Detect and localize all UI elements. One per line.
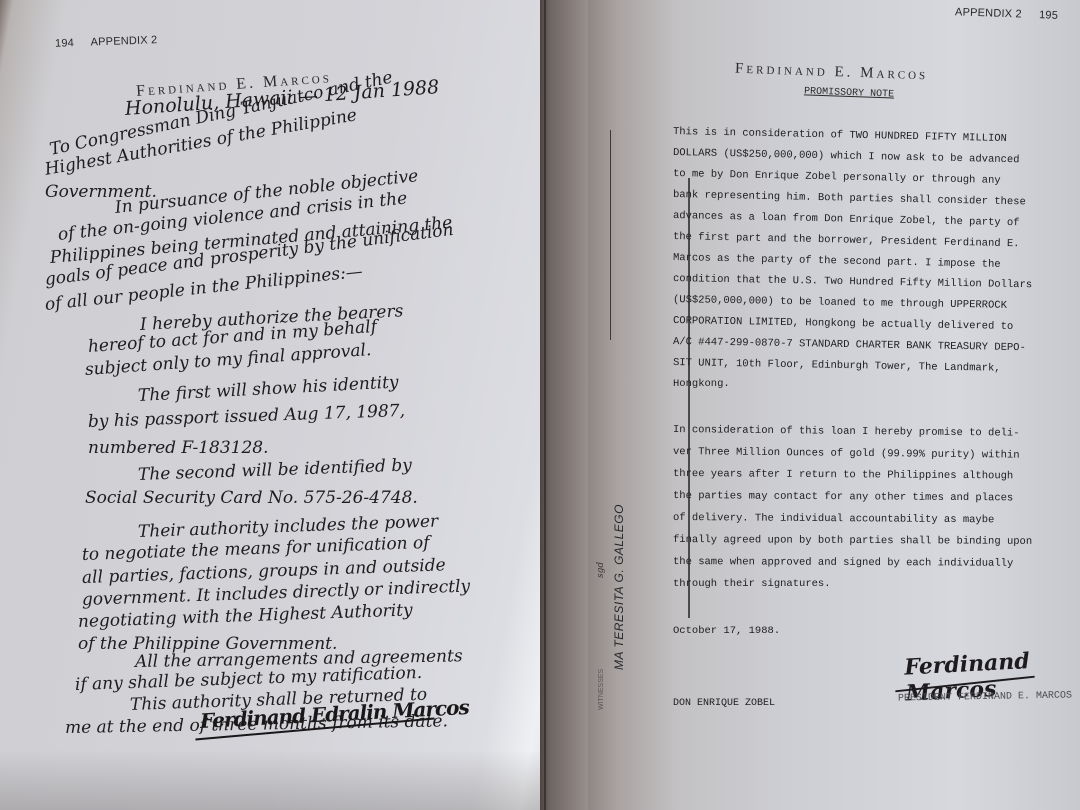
typed-line: the parties may contact for any other ti… — [673, 490, 1013, 504]
witness-name: MA TERESITA G. GALLEGO — [612, 504, 626, 670]
typed-line: finally agreed upon by both parties shal… — [673, 534, 1032, 548]
typed-line: of delivery. The individual accountabili… — [673, 512, 994, 526]
left-page-number: 194 — [55, 37, 74, 50]
letter-line: numbered F-183128. — [88, 438, 269, 458]
gutter-crease — [544, 0, 546, 810]
right-page-number: 195 — [1039, 9, 1058, 22]
witness-initials: sgd — [596, 562, 606, 578]
typed-line: Hongkong. — [673, 378, 730, 390]
margin-rule — [610, 130, 611, 340]
witness-stamp: WITNESSES MA TERESITA G. GALLEGO sgd — [598, 420, 638, 680]
book-gutter — [540, 0, 590, 810]
witness-label: WITNESSES — [598, 669, 605, 710]
left-running-head-text: APPENDIX 2 — [90, 34, 157, 48]
typed-line: through their signatures. — [673, 578, 831, 590]
book-spread: 194 APPENDIX 2 Ferdinand E. Marcos Honol… — [0, 0, 1080, 810]
typed-line: the same when approved and signed by eac… — [673, 556, 1013, 570]
note-date: October 17, 1988. — [673, 625, 780, 637]
letter-line: Social Security Card No. 575-26-4748. — [85, 488, 418, 508]
page-shadow — [0, 750, 540, 810]
typed-line: three years after I return to the Philip… — [673, 468, 1013, 482]
margin-bar — [688, 178, 690, 618]
right-running-head-text: APPENDIX 2 — [955, 6, 1022, 20]
signatory-lender: DON ENRIQUE ZOBEL — [673, 698, 775, 709]
